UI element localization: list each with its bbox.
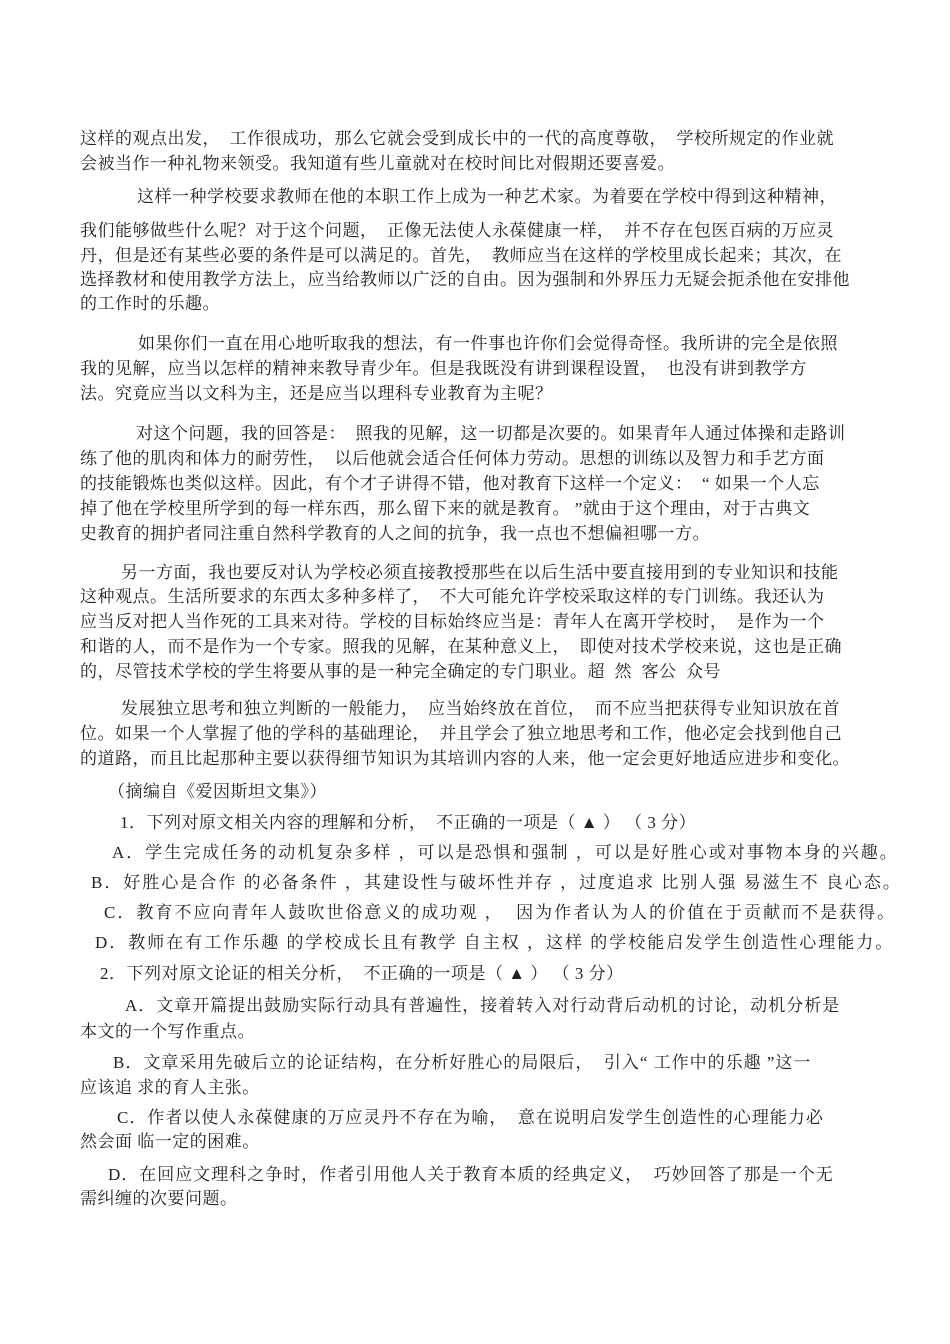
body-text-line: 的技能锻炼也类似这样。因此，有个才子讲得不错，他对教育下这样一个定义： “ 如果… xyxy=(80,473,820,494)
question-2-option-b-continued: 应该追 求的育人主张。 xyxy=(80,1077,260,1098)
question-2-option-b: B．文章采用先破后立的论证结构，在分析好胜心的局限后， 引入“ 工作中的乐趣 ”… xyxy=(113,1052,811,1073)
body-text-line: 练了他的肌肉和体力的耐劳性， 以后他就会适合任何体力劳动。思想的训练以及智力和手… xyxy=(80,448,825,469)
question-1-stem: 1．下列对原文相关内容的理解和分析， 不正确的一项是（ ▲ ） （ 3 分） xyxy=(120,812,696,833)
body-text-line: 的道路，而且比起那种主要以获得细节知识为其培训内容的人来，他一定会更好地适应进步… xyxy=(80,748,850,769)
question-1-option-b: B．好胜心是合作 的必备条件 ，其建设性与破坏性并存 ，过度追求 比别人强 易滋… xyxy=(91,872,902,893)
question-1-option-a: A．学生完成任务的动机复杂多样 ，可以是恐惧和强制 ，可以是好胜心或对事物本身的… xyxy=(112,842,899,863)
body-text-line: 会被当作一种礼物来领受。我知道有些儿童就对在校时间比对假期还要喜爱。 xyxy=(80,153,675,174)
question-2-option-a: A．文章开篇提出鼓励实际行动具有普遍性，接着转入对行动背后动机的讨论，动机分析是 xyxy=(125,995,840,1016)
body-text-line: 位。如果一个人掌握了他的学科的基础理论， 并且学会了独立地思考和工作，他必定会找… xyxy=(80,723,842,744)
body-text-line-with-watermark: 的，尽管技术学校的学生将要从事的是一种完全确定的专门职业。超 然 客公 众号 xyxy=(80,661,721,682)
question-2-stem: 2．下列对原文论证的相关分析， 不正确的一项是（ ▲ ） （ 3 分） xyxy=(100,963,624,984)
body-text-line: 应当反对把人当作死的工具来对待。学校的目标始终应当是：青年人在离开学校时， 是作… xyxy=(80,611,825,632)
body-text-line: 掉了他在学校里所学到的每一样东西，那么留下来的就是教育。 ”就由于这个理由，对于… xyxy=(80,498,810,519)
question-2-option-a-continued: 本文的一个写作重点。 xyxy=(80,1021,255,1042)
body-text-line: 另一方面，我也要反对认为学校必须直接教授那些在以后生活中要直接用到的专业知识和技… xyxy=(121,562,839,583)
body-text-line: 发展独立思考和独立判断的一般能力， 应当始终放在首位， 而不应当把获得专业知识放… xyxy=(121,698,840,719)
question-2-option-c: C．作者以使人永葆健康的万应灵丹不存在为喻， 意在说明启发学生创造性的心理能力必 xyxy=(117,1107,824,1128)
body-text-line: 的工作时的乐趣。 xyxy=(80,293,220,314)
body-text-line: 我们能够做些什么呢？对于这个问题， 正像无法使人永葆健康一样， 并不存在包医百病… xyxy=(80,220,834,241)
body-text-line: 我的见解，应当以怎样的精神来教导青少年。但是我既没有讲到课程设置， 也没有讲到教… xyxy=(80,358,807,379)
body-text-line: 这种观点。生活所要求的东西太多种多样了， 不大可能允许学校采取这样的专门训练。我… xyxy=(80,586,825,607)
body-text-line: 这样一种学校要求教师在他的本职工作上成为一种艺术家。为着要在学校中得到这种精神， xyxy=(137,186,837,207)
document-page: 这样的观点出发， 工作很成功，那么它就会受到成长中的一代的高度尊敬， 学校所规定… xyxy=(0,0,950,1344)
source-note: （摘编自《爱因斯坦文集》） xyxy=(108,781,327,802)
question-1-option-d: D．教师在有工作乐趣 的学校成长且有教学 自主权 ，这样 的学校能启发学生创造性… xyxy=(95,932,894,953)
body-text-line: 如果你们一直在用心地听取我的想法，有一件事也许你们会觉得奇怪。我所讲的完全是依照 xyxy=(138,333,838,354)
body-text-line: 史教育的拥护者同注重自然科学教育的人之间的抗争，我一点也不想偏袒哪一方。 xyxy=(80,523,710,544)
body-text-line: 对这个问题，我的回答是： 照我的见解，这一切都是次要的。如果青年人通过体操和走路… xyxy=(136,423,846,444)
question-1-option-c: C．教育不应向青年人鼓吹世俗意义的成功观 ， 因为作者认为人的价值在于贡献而不是… xyxy=(104,902,896,923)
body-text-line: 丹，但是还有某些必要的条件是可以满足的。首先， 教师应当在这样的学校里成长起来；… xyxy=(80,245,842,266)
body-text-line: 这样的观点出发， 工作很成功，那么它就会受到成长中的一代的高度尊敬， 学校所规定… xyxy=(80,128,834,149)
body-text-line: 选择教材和使用教学方法上，应当给教师以广泛的自由。因为强制和外界压力无疑会扼杀他… xyxy=(80,269,850,290)
question-2-option-d: D．在回应文理科之争时，作者引用他人关于教育本质的经典定义， 巧妙回答了那是一个… xyxy=(108,1164,834,1185)
question-2-option-d-continued: 需纠缠的次要问题。 xyxy=(80,1188,238,1209)
body-text-line: 法。究竟应当以文科为主，还是应当以理科专业教育为主呢？ xyxy=(80,383,553,404)
question-2-option-c-continued: 然会面 临一定的困难。 xyxy=(80,1131,260,1152)
body-text-line: 和谐的人，而不是作为一个专家。照我的见解，在某种意义上， 即使对技术学校来说，这… xyxy=(80,636,842,657)
